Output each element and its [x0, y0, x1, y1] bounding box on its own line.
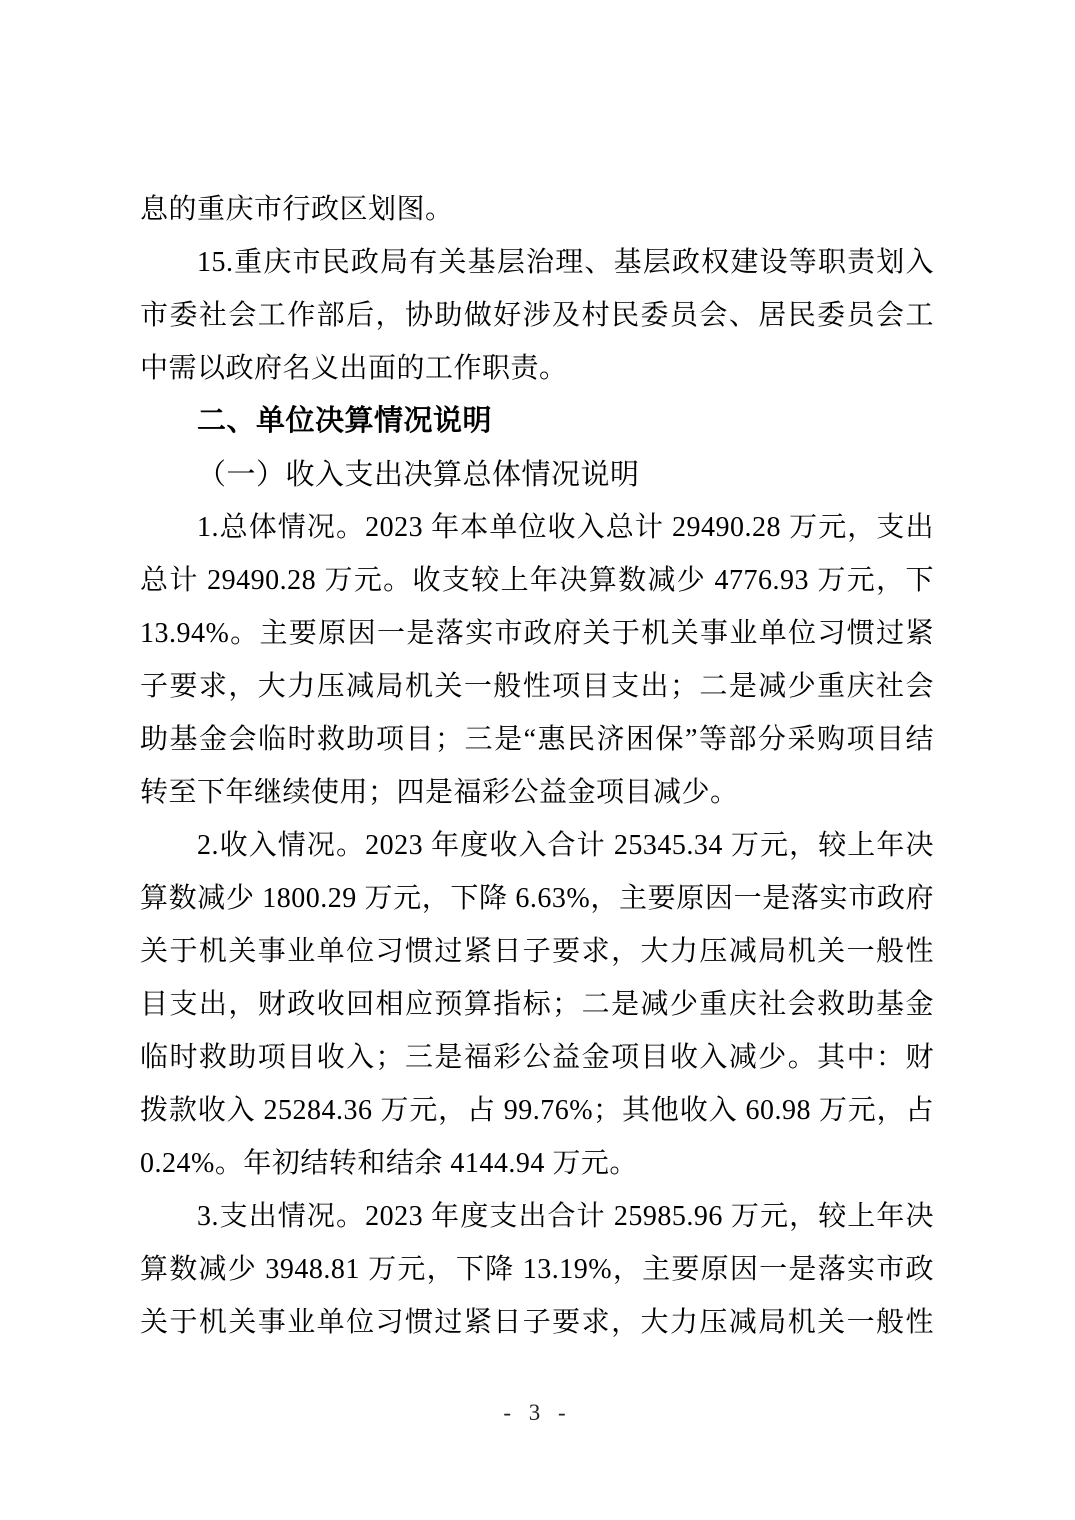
paragraph-line: 拨款收入 25284.36 万元，占 99.76%；其他收入 60.98 万元，…: [140, 1084, 934, 1137]
document-page: 息的重庆市行政区划图。 15.重庆市民政局有关基层治理、基层政权建设等职责划入 …: [0, 0, 1075, 1520]
section-heading: 二、单位决算情况说明: [140, 395, 934, 448]
paragraph-line: 2.收入情况。2023 年度收入合计 25345.34 万元，较上年决: [140, 819, 934, 872]
paragraph-line: 中需以政府名义出面的工作职责。: [140, 342, 934, 395]
paragraph-line: 目支出，财政收回相应预算指标；二是减少重庆社会救助基金会: [140, 978, 934, 1031]
paragraph-line: 息的重庆市行政区划图。: [140, 183, 934, 236]
paragraph-line: 转至下年继续使用；四是福彩公益金项目减少。: [140, 766, 934, 819]
paragraph-line: 临时救助项目收入；三是福彩公益金项目收入减少。其中：财政: [140, 1031, 934, 1084]
paragraph-line: 1.总体情况。2023 年本单位收入总计 29490.28 万元，支出: [140, 501, 934, 554]
paragraph-line: 关于机关事业单位习惯过紧日子要求，大力压减局机关一般性项: [140, 925, 934, 978]
subsection-heading: （一）收入支出决算总体情况说明: [140, 448, 934, 501]
paragraph-line: 总计 29490.28 万元。收支较上年决算数减少 4776.93 万元，下降: [140, 554, 934, 607]
paragraph-line: 0.24%。年初结转和结余 4144.94 万元。: [140, 1137, 934, 1190]
paragraph-line: 3.支出情况。2023 年度支出合计 25985.96 万元，较上年决: [140, 1190, 934, 1243]
page-number: - 3 -: [0, 1400, 1075, 1426]
document-body: 息的重庆市行政区划图。 15.重庆市民政局有关基层治理、基层政权建设等职责划入 …: [140, 183, 934, 1349]
paragraph-line: 13.94%。主要原因一是落实市政府关于机关事业单位习惯过紧日: [140, 607, 934, 660]
paragraph-line: 助基金会临时救助项目；三是“惠民济困保”等部分采购项目结: [140, 713, 934, 766]
paragraph-line: 子要求，大力压减局机关一般性项目支出；二是减少重庆社会救: [140, 660, 934, 713]
paragraph-line: 市委社会工作部后，协助做好涉及村民委员会、居民委员会工作: [140, 289, 934, 342]
paragraph-line: 算数减少 1800.29 万元，下降 6.63%，主要原因一是落实市政府: [140, 872, 934, 925]
paragraph-line: 关于机关事业单位习惯过紧日子要求，大力压减局机关一般性项: [140, 1296, 934, 1349]
paragraph-line: 算数减少 3948.81 万元，下降 13.19%，主要原因一是落实市政府: [140, 1243, 934, 1296]
paragraph-line: 15.重庆市民政局有关基层治理、基层政权建设等职责划入: [140, 236, 934, 289]
